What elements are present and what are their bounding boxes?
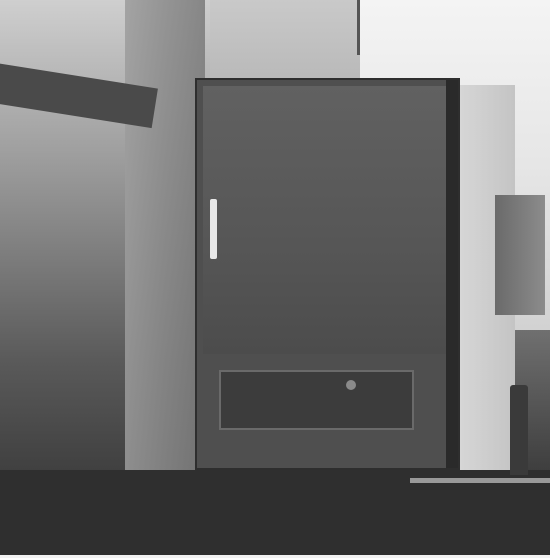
door-handle <box>210 199 217 259</box>
support-pole <box>125 0 205 480</box>
control-panel <box>219 370 414 430</box>
bottle <box>510 385 528 475</box>
oven-side-panel <box>446 80 458 468</box>
hanging-wire <box>357 0 360 55</box>
oven-cabinet <box>195 78 460 470</box>
shelf-item <box>495 195 545 315</box>
bench-edge <box>410 478 550 483</box>
control-knob-icon <box>346 380 356 390</box>
photograph <box>0 0 550 558</box>
oven-door <box>203 86 449 354</box>
